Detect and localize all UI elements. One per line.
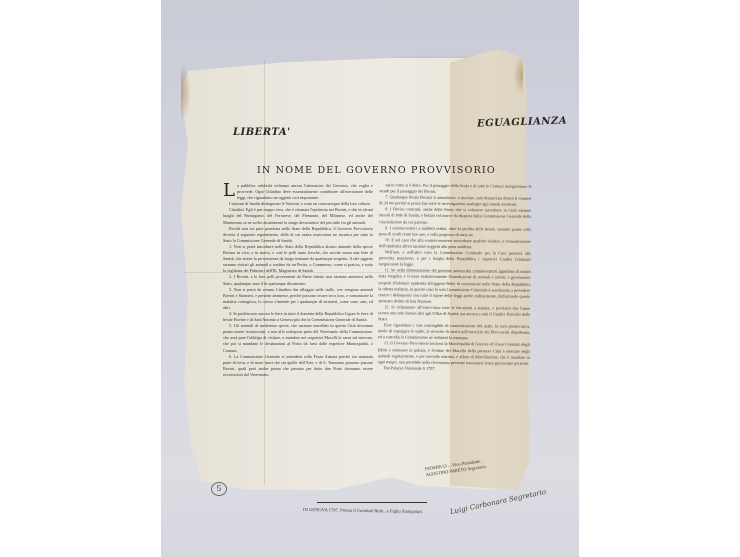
header-liberta: LIBERTA' <box>233 127 291 138</box>
handwritten-circled-number: 5 <box>211 482 227 496</box>
paragraph: a pubblica salubrità richiama ancora l'a… <box>223 183 373 201</box>
text-column-right: nario come si è detto. Per il passaggio … <box>376 182 531 474</box>
paragraph: Esse riguardano i casi contingibili di c… <box>378 322 530 342</box>
paragraph: Cittadini. Egli è pur troppo vero, che è… <box>223 207 373 225</box>
handwritten-signature: Luigi Carbonara Segretario <box>449 488 547 516</box>
paragraph: 8. I Bovini contratti, anche dello Stato… <box>379 207 531 227</box>
paragraph: Perchè non sia pure penetrata nello Stat… <box>223 226 373 244</box>
header-eguaglianza: EGUAGLIANZA <box>477 115 567 129</box>
photograph: LIBERTA' EGUAGLIANZA IN NOME DEL GOVERNO… <box>161 0 579 557</box>
paragraph: 3. Non si potrà da veruno Cittadino dar … <box>223 287 373 311</box>
text-column-left: L a pubblica salubrità richiama ancora l… <box>223 183 373 490</box>
drop-cap: L <box>223 183 235 199</box>
edge-stain <box>513 55 523 95</box>
paragraph: 6. La Commissione Generale si intenderà … <box>223 354 373 378</box>
paragraph: 1. Non si potrà introdurre nello Stato d… <box>223 244 373 274</box>
paragraph: 13. Il Governo Provvisorio incarica la M… <box>378 341 530 367</box>
paragraph: 4. Si proibiscono ancora le fiere in tut… <box>223 311 373 323</box>
printer-imprint: IN GENOVA 1797. Presso li Comitati Rubr.… <box>303 507 423 514</box>
paragraph: 11. Se nella dimostrazione del presente … <box>378 268 530 306</box>
paragraph: Nell'uno, e nell'altro caso la Commissio… <box>379 249 531 269</box>
imprint-rule <box>317 502 427 503</box>
paragraph: 12. Si richiamano all'osservanza tutte l… <box>378 304 530 324</box>
paragraph: 2. I Bovini, e le loro pelli provenienti… <box>223 274 373 286</box>
edge-stain <box>181 62 191 122</box>
proclamation-title: IN NOME DEL GOVERNO PROVVISORIO <box>257 165 496 176</box>
paragraph: 5. Gli animali di medesima specie, che s… <box>223 323 373 353</box>
